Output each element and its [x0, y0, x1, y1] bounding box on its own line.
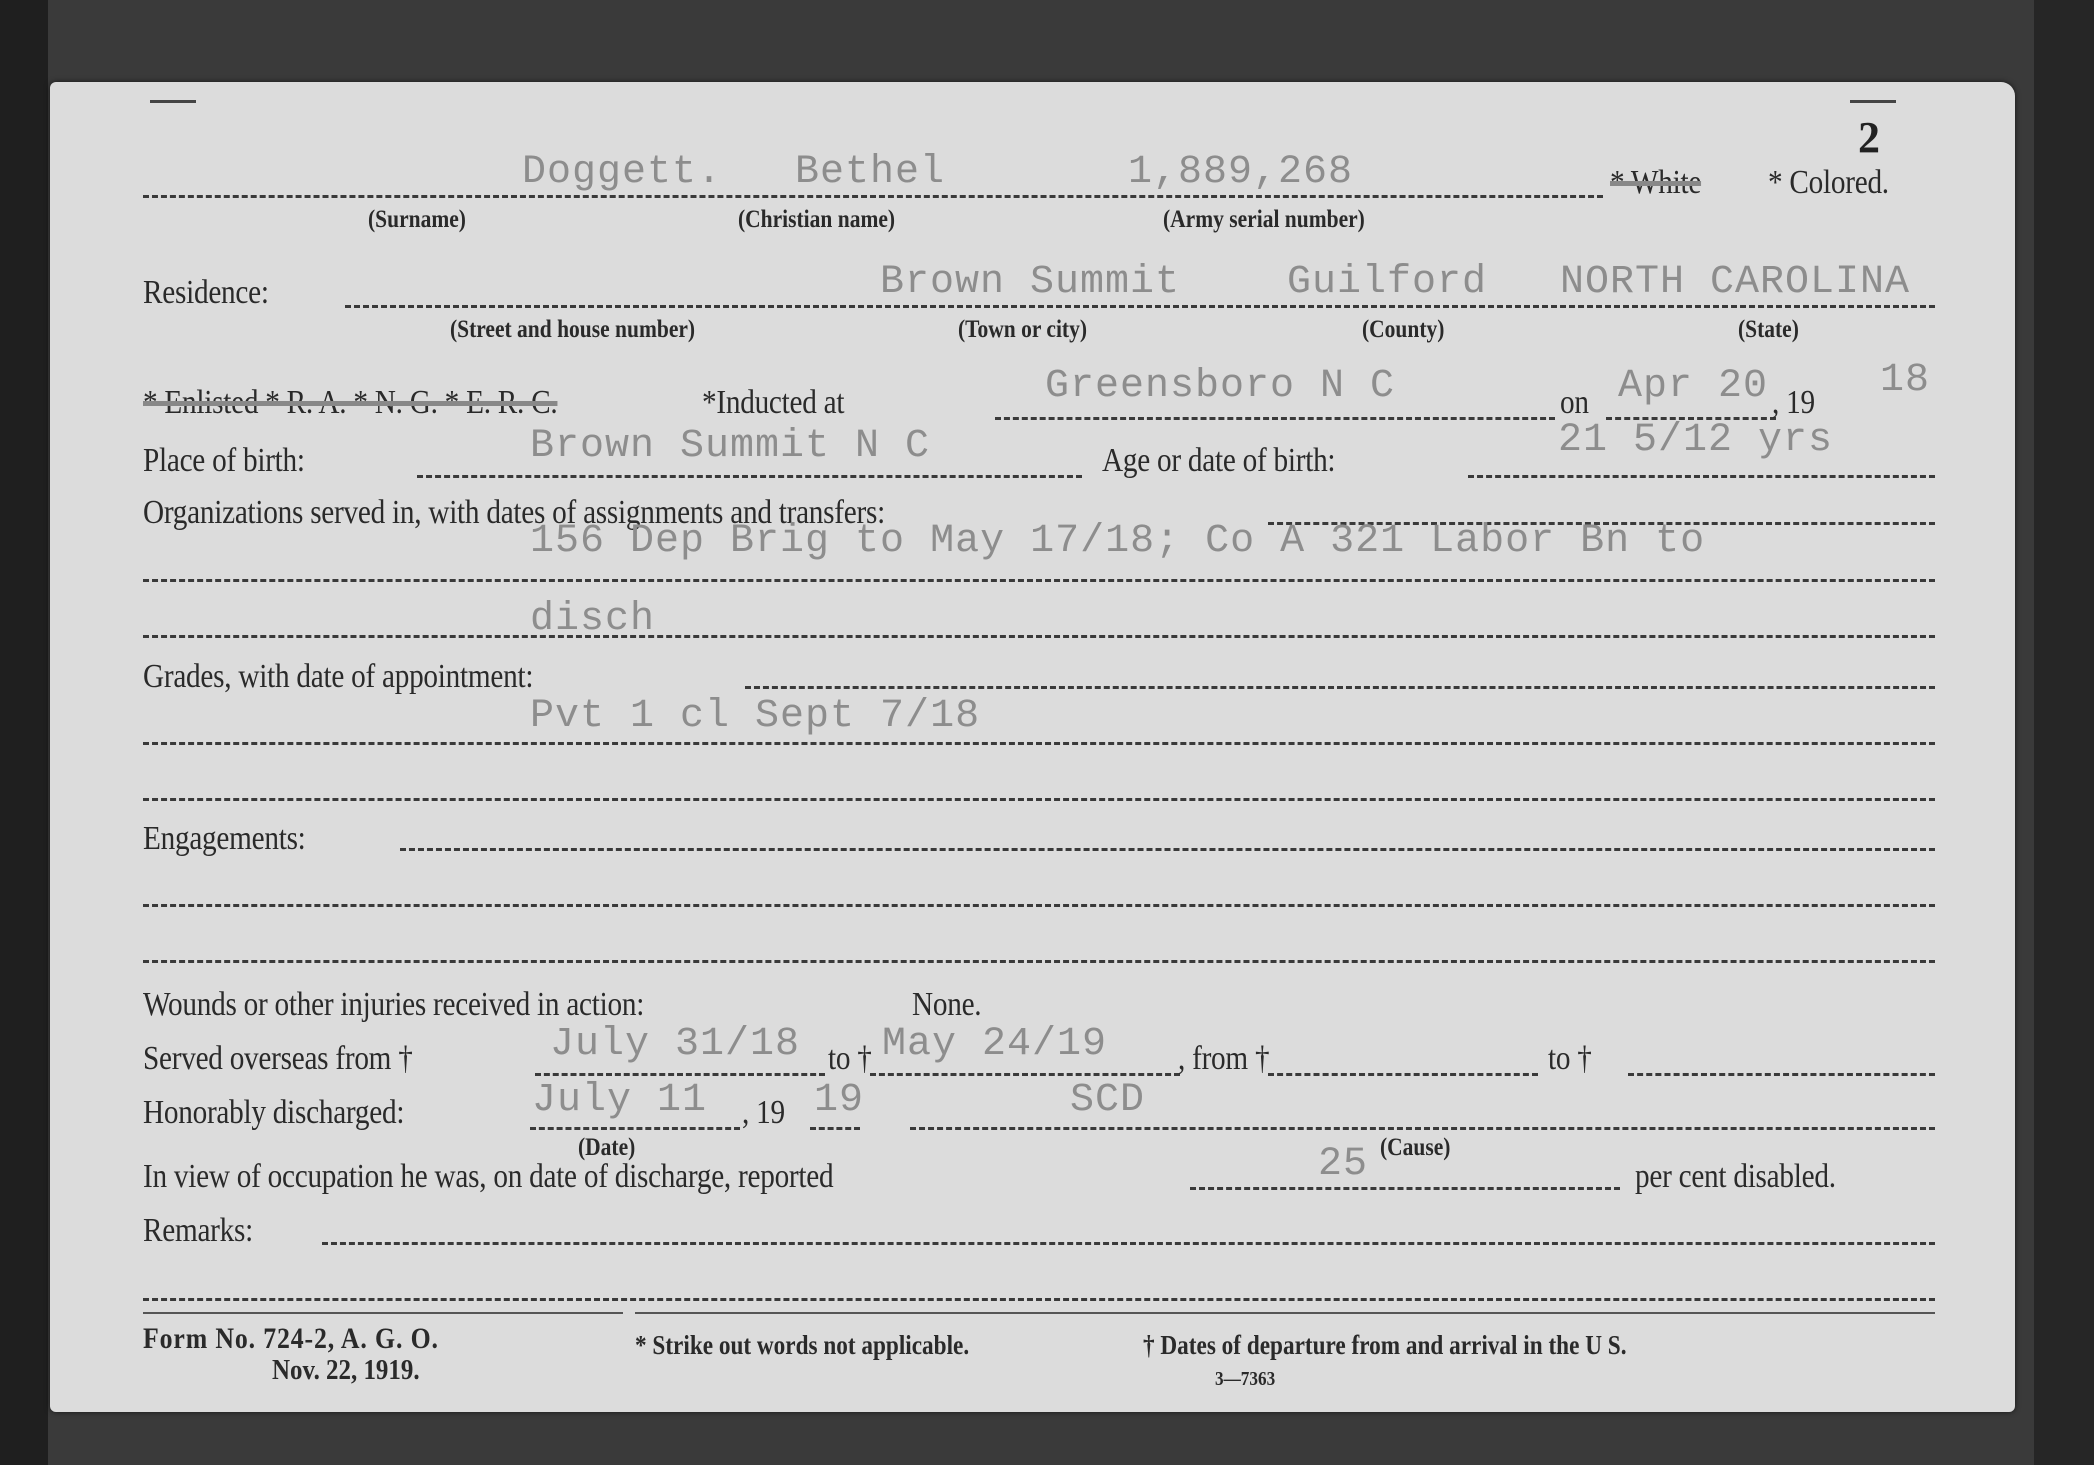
strike-out-note: * Strike out words not applicable.: [635, 1330, 969, 1361]
surname-value: Doggett.: [522, 150, 722, 195]
disability-suffix: per cent disabled.: [1635, 1158, 1836, 1196]
corner-mark-right: [1850, 100, 1896, 103]
wounds-value: None.: [912, 986, 981, 1024]
enlistment-type-struck: * Enlisted * R. A. * N. G. * E. R. C.: [143, 384, 557, 422]
remarks-line-1: [143, 1298, 1935, 1301]
engagements-line-0: [400, 848, 1935, 851]
age-label: Age or date of birth:: [1102, 442, 1335, 480]
serial-number-caption: (Army serial number): [1163, 206, 1365, 234]
discharge-cause-line: [910, 1127, 1935, 1130]
remarks-line-0: [322, 1242, 1935, 1245]
discharge-cause-value: SCD: [1070, 1078, 1145, 1123]
race-white-struck: * White: [1610, 164, 1701, 202]
dagger-note: † Dates of departure from and arrival in…: [1143, 1330, 1627, 1361]
induction-year-prefix: , 19: [1772, 384, 1815, 422]
overseas-to-line: [870, 1073, 1180, 1076]
overseas-from-line: [535, 1073, 825, 1076]
serial-number-value: 1,889,268: [1128, 150, 1353, 195]
disability-label: In view of occupation he was, on date of…: [143, 1158, 833, 1196]
induction-place-line: [995, 417, 1555, 420]
remarks-label: Remarks:: [143, 1212, 253, 1250]
overseas-from-label: Served overseas from †: [143, 1040, 413, 1078]
organizations-line-2: [143, 635, 1935, 638]
engagements-line-2: [143, 960, 1935, 963]
wounds-label: Wounds or other injuries received in act…: [143, 986, 644, 1024]
on-label: on: [1560, 384, 1589, 422]
discharge-date-line: [530, 1127, 740, 1130]
overseas-from-value: July 31/18: [550, 1022, 800, 1067]
discharge-year-value: 19: [814, 1078, 864, 1123]
grades-line-2: [143, 798, 1935, 801]
residence-label: Residence:: [143, 274, 269, 312]
engagements-label: Engagements:: [143, 820, 306, 858]
town-caption: (Town or city): [958, 316, 1087, 344]
surname-caption: (Surname): [368, 206, 466, 234]
induction-place-value: Greensboro N C: [1045, 364, 1395, 409]
age-value: 21 5/12 yrs: [1558, 418, 1833, 463]
organizations-value-1: 156 Dep Brig to May 17/18; Co A 321 Labo…: [530, 519, 1705, 564]
overseas-to-value: May 24/19: [882, 1022, 1107, 1067]
form-number: Form No. 724-2, A. G. O.: [143, 1322, 439, 1356]
residence-town-value: Brown Summit: [880, 260, 1180, 305]
organizations-line-1: [143, 579, 1935, 582]
page-number: 2: [1858, 112, 1880, 163]
name-line: [143, 195, 1603, 198]
street-caption: (Street and house number): [450, 316, 695, 344]
place-of-birth-value: Brown Summit N C: [530, 424, 930, 469]
disability-percent-value: 25: [1318, 1142, 1368, 1187]
discharge-label: Honorably discharged:: [143, 1094, 404, 1132]
county-caption: (County): [1362, 316, 1444, 344]
induction-date-value: Apr 20: [1618, 364, 1768, 409]
grades-line-0: [745, 686, 1935, 689]
grades-value-1: Pvt 1 cl Sept 7/18: [530, 694, 980, 739]
discharge-date-value: July 11: [532, 1078, 707, 1123]
overseas-to2-label: to †: [1548, 1040, 1592, 1078]
overseas-from2-line: [1268, 1073, 1538, 1076]
residence-line: [345, 305, 1935, 308]
place-of-birth-line: [417, 475, 1082, 478]
grades-label: Grades, with date of appointment:: [143, 658, 533, 696]
residence-state-value: NORTH CAROLINA: [1560, 260, 1910, 305]
form-date: Nov. 22, 1919.: [272, 1354, 420, 1387]
induction-year-value: 18: [1880, 358, 1930, 403]
residence-county-value: Guilford: [1287, 260, 1487, 305]
christian-name-caption: (Christian name): [738, 206, 895, 234]
corner-mark-left: [150, 100, 196, 103]
place-of-birth-label: Place of birth:: [143, 442, 305, 480]
overseas-to2-line: [1628, 1073, 1935, 1076]
engagements-line-1: [143, 904, 1935, 907]
scanner-background-left: [0, 0, 48, 1465]
discharge-year-prefix: , 19: [742, 1094, 785, 1132]
footer-rule-right: [635, 1312, 1935, 1314]
grades-line-1: [143, 742, 1935, 745]
cause-caption: (Cause): [1380, 1134, 1450, 1162]
disability-line: [1190, 1187, 1620, 1190]
print-code: 3—7363: [1215, 1368, 1275, 1391]
overseas-to-label: to †: [828, 1040, 872, 1078]
discharge-year-line: [810, 1127, 860, 1130]
service-record-card: 2 Doggett. Bethel 1,889,268 * White * Co…: [50, 82, 2015, 1412]
inducted-at-label: *Inducted at: [702, 384, 844, 422]
state-caption: (State): [1738, 316, 1799, 344]
scanner-background-right: [2034, 0, 2094, 1465]
christian-name-value: Bethel: [795, 150, 945, 195]
race-colored: * Colored.: [1768, 164, 1889, 202]
footer-rule-left: [143, 1312, 623, 1314]
overseas-from2-label: , from †: [1178, 1040, 1269, 1078]
age-line: [1468, 475, 1935, 478]
